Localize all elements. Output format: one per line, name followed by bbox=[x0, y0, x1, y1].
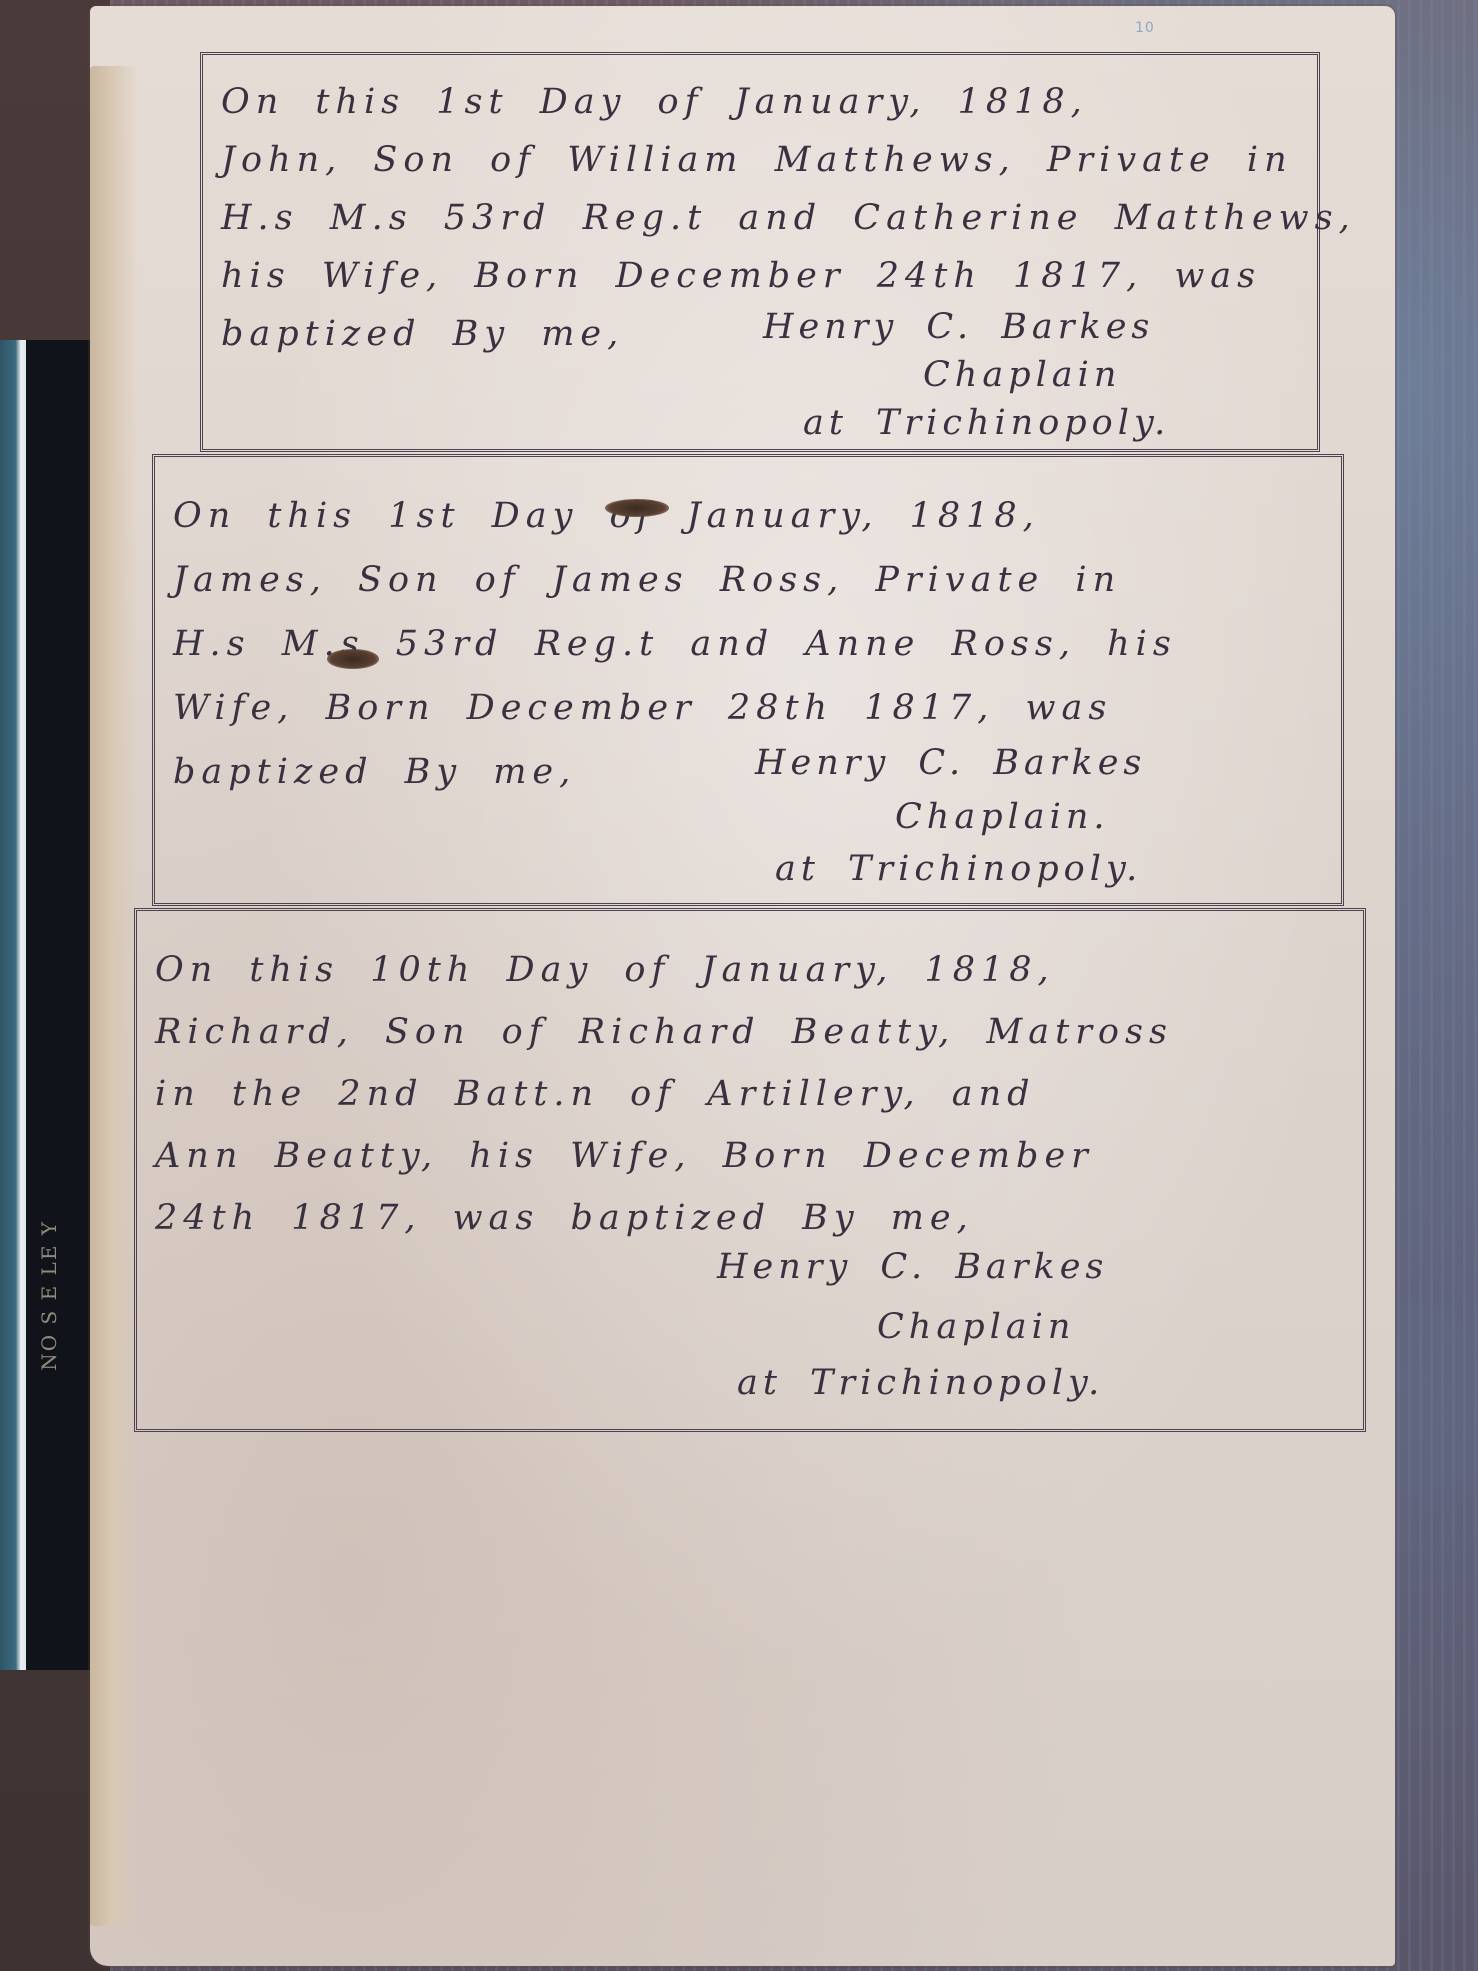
entry-2-signature-name: Henry C. Barkes bbox=[755, 743, 1146, 783]
entry-2-signature-title: Chaplain. bbox=[895, 797, 1110, 837]
entry-2-signature-place: at Trichinopoly. bbox=[775, 849, 1142, 889]
register-page: 10 On this 1st Day of January, 1818, Joh… bbox=[90, 6, 1395, 1966]
entry-3-line-4: Ann Beatty, his Wife, Born December bbox=[155, 1127, 1094, 1185]
frayed-page-edge bbox=[90, 66, 138, 1926]
underlying-book-cover bbox=[0, 340, 26, 1670]
entry-3-line-1: On this 10th Day of January, 1818, bbox=[155, 941, 1055, 999]
underlying-book: NO S E LE Y bbox=[0, 340, 92, 1670]
entry-2-line-3: H.s M.s 53rd Reg.t and Anne Ross, his bbox=[173, 615, 1177, 673]
paper-damage-hole bbox=[605, 499, 669, 517]
entry-3-signature-title: Chaplain bbox=[877, 1307, 1075, 1347]
baptism-entry-2: On this 1st Day of January, 1818, James,… bbox=[152, 454, 1344, 906]
page-number-pencil-mark: 10 bbox=[1135, 20, 1155, 36]
entry-1-signature-title: Chaplain bbox=[923, 355, 1121, 395]
entry-1-line-2: John, Son of William Matthews, Private i… bbox=[221, 131, 1293, 189]
underlying-book-spine-text: NO S E LE Y bbox=[32, 1220, 66, 1371]
paper-damage-hole bbox=[327, 649, 379, 669]
entry-3-line-5: 24th 1817, was baptized By me, bbox=[155, 1189, 974, 1247]
entry-1-line-4: his Wife, Born December 24th 1817, was bbox=[221, 247, 1261, 305]
entry-3-signature-name: Henry C. Barkes bbox=[717, 1247, 1108, 1287]
entry-1-signature-name: Henry C. Barkes bbox=[763, 307, 1154, 347]
entry-3-line-2: Richard, Son of Richard Beatty, Matross bbox=[155, 1003, 1173, 1061]
entry-1-signature-place: at Trichinopoly. bbox=[803, 403, 1170, 443]
entry-1-line-1: On this 1st Day of January, 1818, bbox=[221, 73, 1088, 131]
entry-2-line-4: Wife, Born December 28th 1817, was bbox=[173, 679, 1112, 737]
entry-2-line-2: James, Son of James Ross, Private in bbox=[173, 551, 1121, 609]
entry-3-signature-place: at Trichinopoly. bbox=[737, 1363, 1104, 1403]
baptism-entry-1: On this 1st Day of January, 1818, John, … bbox=[200, 52, 1320, 452]
entry-1-line-5: baptized By me, bbox=[221, 305, 624, 363]
baptism-entry-3: On this 10th Day of January, 1818, Richa… bbox=[134, 908, 1366, 1432]
entry-3-line-3: in the 2nd Batt.n of Artillery, and bbox=[155, 1065, 1036, 1123]
entry-1-line-3: H.s M.s 53rd Reg.t and Catherine Matthew… bbox=[221, 189, 1356, 247]
entry-2-line-5: baptized By me, bbox=[173, 743, 576, 801]
entry-2-line-1: On this 1st Day of January, 1818, bbox=[173, 487, 1040, 545]
